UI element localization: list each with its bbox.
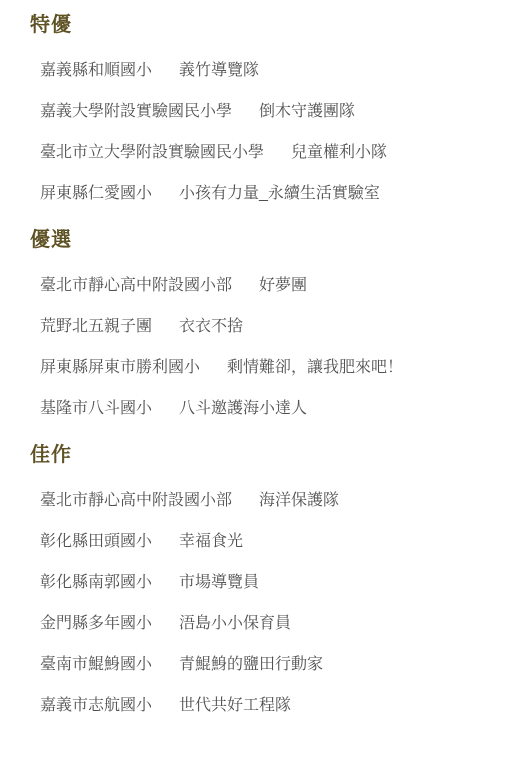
school-name: 彰化縣南郭國小 — [40, 574, 152, 591]
school-name: 嘉義大學附設實驗國民小學 — [40, 103, 232, 120]
list-item: 屏東縣仁愛國小小孩有力量_永續生活實驗室 — [40, 185, 496, 202]
section-honorable-mention: 佳作 臺北市靜心高中附設國小部海洋保護隊 彰化縣田頭國小幸福食光 彰化縣南郭國小… — [30, 444, 496, 714]
team-name: 幸福食光 — [179, 533, 243, 550]
list-item: 彰化縣南郭國小市場導覽員 — [40, 574, 496, 591]
list-item: 臺北市立大學附設實驗國民小學兒童權利小隊 — [40, 144, 496, 161]
award-list: 嘉義縣和順國小義竹導覽隊 嘉義大學附設實驗國民小學倒木守護團隊 臺北市立大學附設… — [30, 62, 496, 202]
school-name: 臺北市靜心高中附設國小部 — [40, 492, 232, 509]
school-name: 臺南市鯤鯓國小 — [40, 656, 152, 673]
school-name: 金門縣多年國小 — [40, 615, 152, 632]
list-item: 基隆市八斗國小八斗邀護海小達人 — [40, 400, 496, 417]
section-excellent: 優選 臺北市靜心高中附設國小部好夢團 荒野北五親子團衣衣不捨 屏東縣屏東市勝利國… — [30, 229, 496, 417]
award-list: 臺北市靜心高中附設國小部海洋保護隊 彰化縣田頭國小幸福食光 彰化縣南郭國小市場導… — [30, 492, 496, 714]
section-special-excellence: 特優 嘉義縣和順國小義竹導覽隊 嘉義大學附設實驗國民小學倒木守護團隊 臺北市立大… — [30, 14, 496, 202]
team-name: 浯島小小保育員 — [179, 615, 291, 632]
section-heading: 特優 — [30, 14, 496, 36]
team-name: 剩情難卻，讓我肥來吧！ — [227, 359, 403, 376]
school-name: 臺北市立大學附設實驗國民小學 — [40, 144, 264, 161]
list-item: 嘉義大學附設實驗國民小學倒木守護團隊 — [40, 103, 496, 120]
list-item: 臺南市鯤鯓國小青鯤鯓的鹽田行動家 — [40, 656, 496, 673]
team-name: 海洋保護隊 — [259, 492, 339, 509]
list-item: 金門縣多年國小浯島小小保育員 — [40, 615, 496, 632]
school-name: 嘉義縣和順國小 — [40, 62, 152, 79]
team-name: 倒木守護團隊 — [259, 103, 355, 120]
school-name: 基隆市八斗國小 — [40, 400, 152, 417]
award-list: 臺北市靜心高中附設國小部好夢團 荒野北五親子團衣衣不捨 屏東縣屏東市勝利國小剩情… — [30, 277, 496, 417]
team-name: 小孩有力量_永續生活實驗室 — [179, 185, 380, 202]
school-name: 荒野北五親子團 — [40, 318, 152, 335]
school-name: 嘉義市志航國小 — [40, 697, 152, 714]
team-name: 八斗邀護海小達人 — [179, 400, 307, 417]
award-results-page: 特優 嘉義縣和順國小義竹導覽隊 嘉義大學附設實驗國民小學倒木守護團隊 臺北市立大… — [0, 0, 516, 714]
section-heading: 優選 — [30, 229, 496, 251]
section-heading: 佳作 — [30, 444, 496, 466]
school-name: 臺北市靜心高中附設國小部 — [40, 277, 232, 294]
team-name: 義竹導覽隊 — [179, 62, 259, 79]
school-name: 屏東縣屏東市勝利國小 — [40, 359, 200, 376]
team-name: 兒童權利小隊 — [291, 144, 387, 161]
team-name: 世代共好工程隊 — [179, 697, 291, 714]
list-item: 屏東縣屏東市勝利國小剩情難卻，讓我肥來吧！ — [40, 359, 496, 376]
team-name: 青鯤鯓的鹽田行動家 — [179, 656, 323, 673]
team-name: 衣衣不捨 — [179, 318, 243, 335]
team-name: 好夢團 — [259, 277, 307, 294]
list-item: 臺北市靜心高中附設國小部好夢團 — [40, 277, 496, 294]
list-item: 荒野北五親子團衣衣不捨 — [40, 318, 496, 335]
school-name: 屏東縣仁愛國小 — [40, 185, 152, 202]
team-name: 市場導覽員 — [179, 574, 259, 591]
list-item: 彰化縣田頭國小幸福食光 — [40, 533, 496, 550]
list-item: 嘉義市志航國小世代共好工程隊 — [40, 697, 496, 714]
list-item: 嘉義縣和順國小義竹導覽隊 — [40, 62, 496, 79]
school-name: 彰化縣田頭國小 — [40, 533, 152, 550]
list-item: 臺北市靜心高中附設國小部海洋保護隊 — [40, 492, 496, 509]
